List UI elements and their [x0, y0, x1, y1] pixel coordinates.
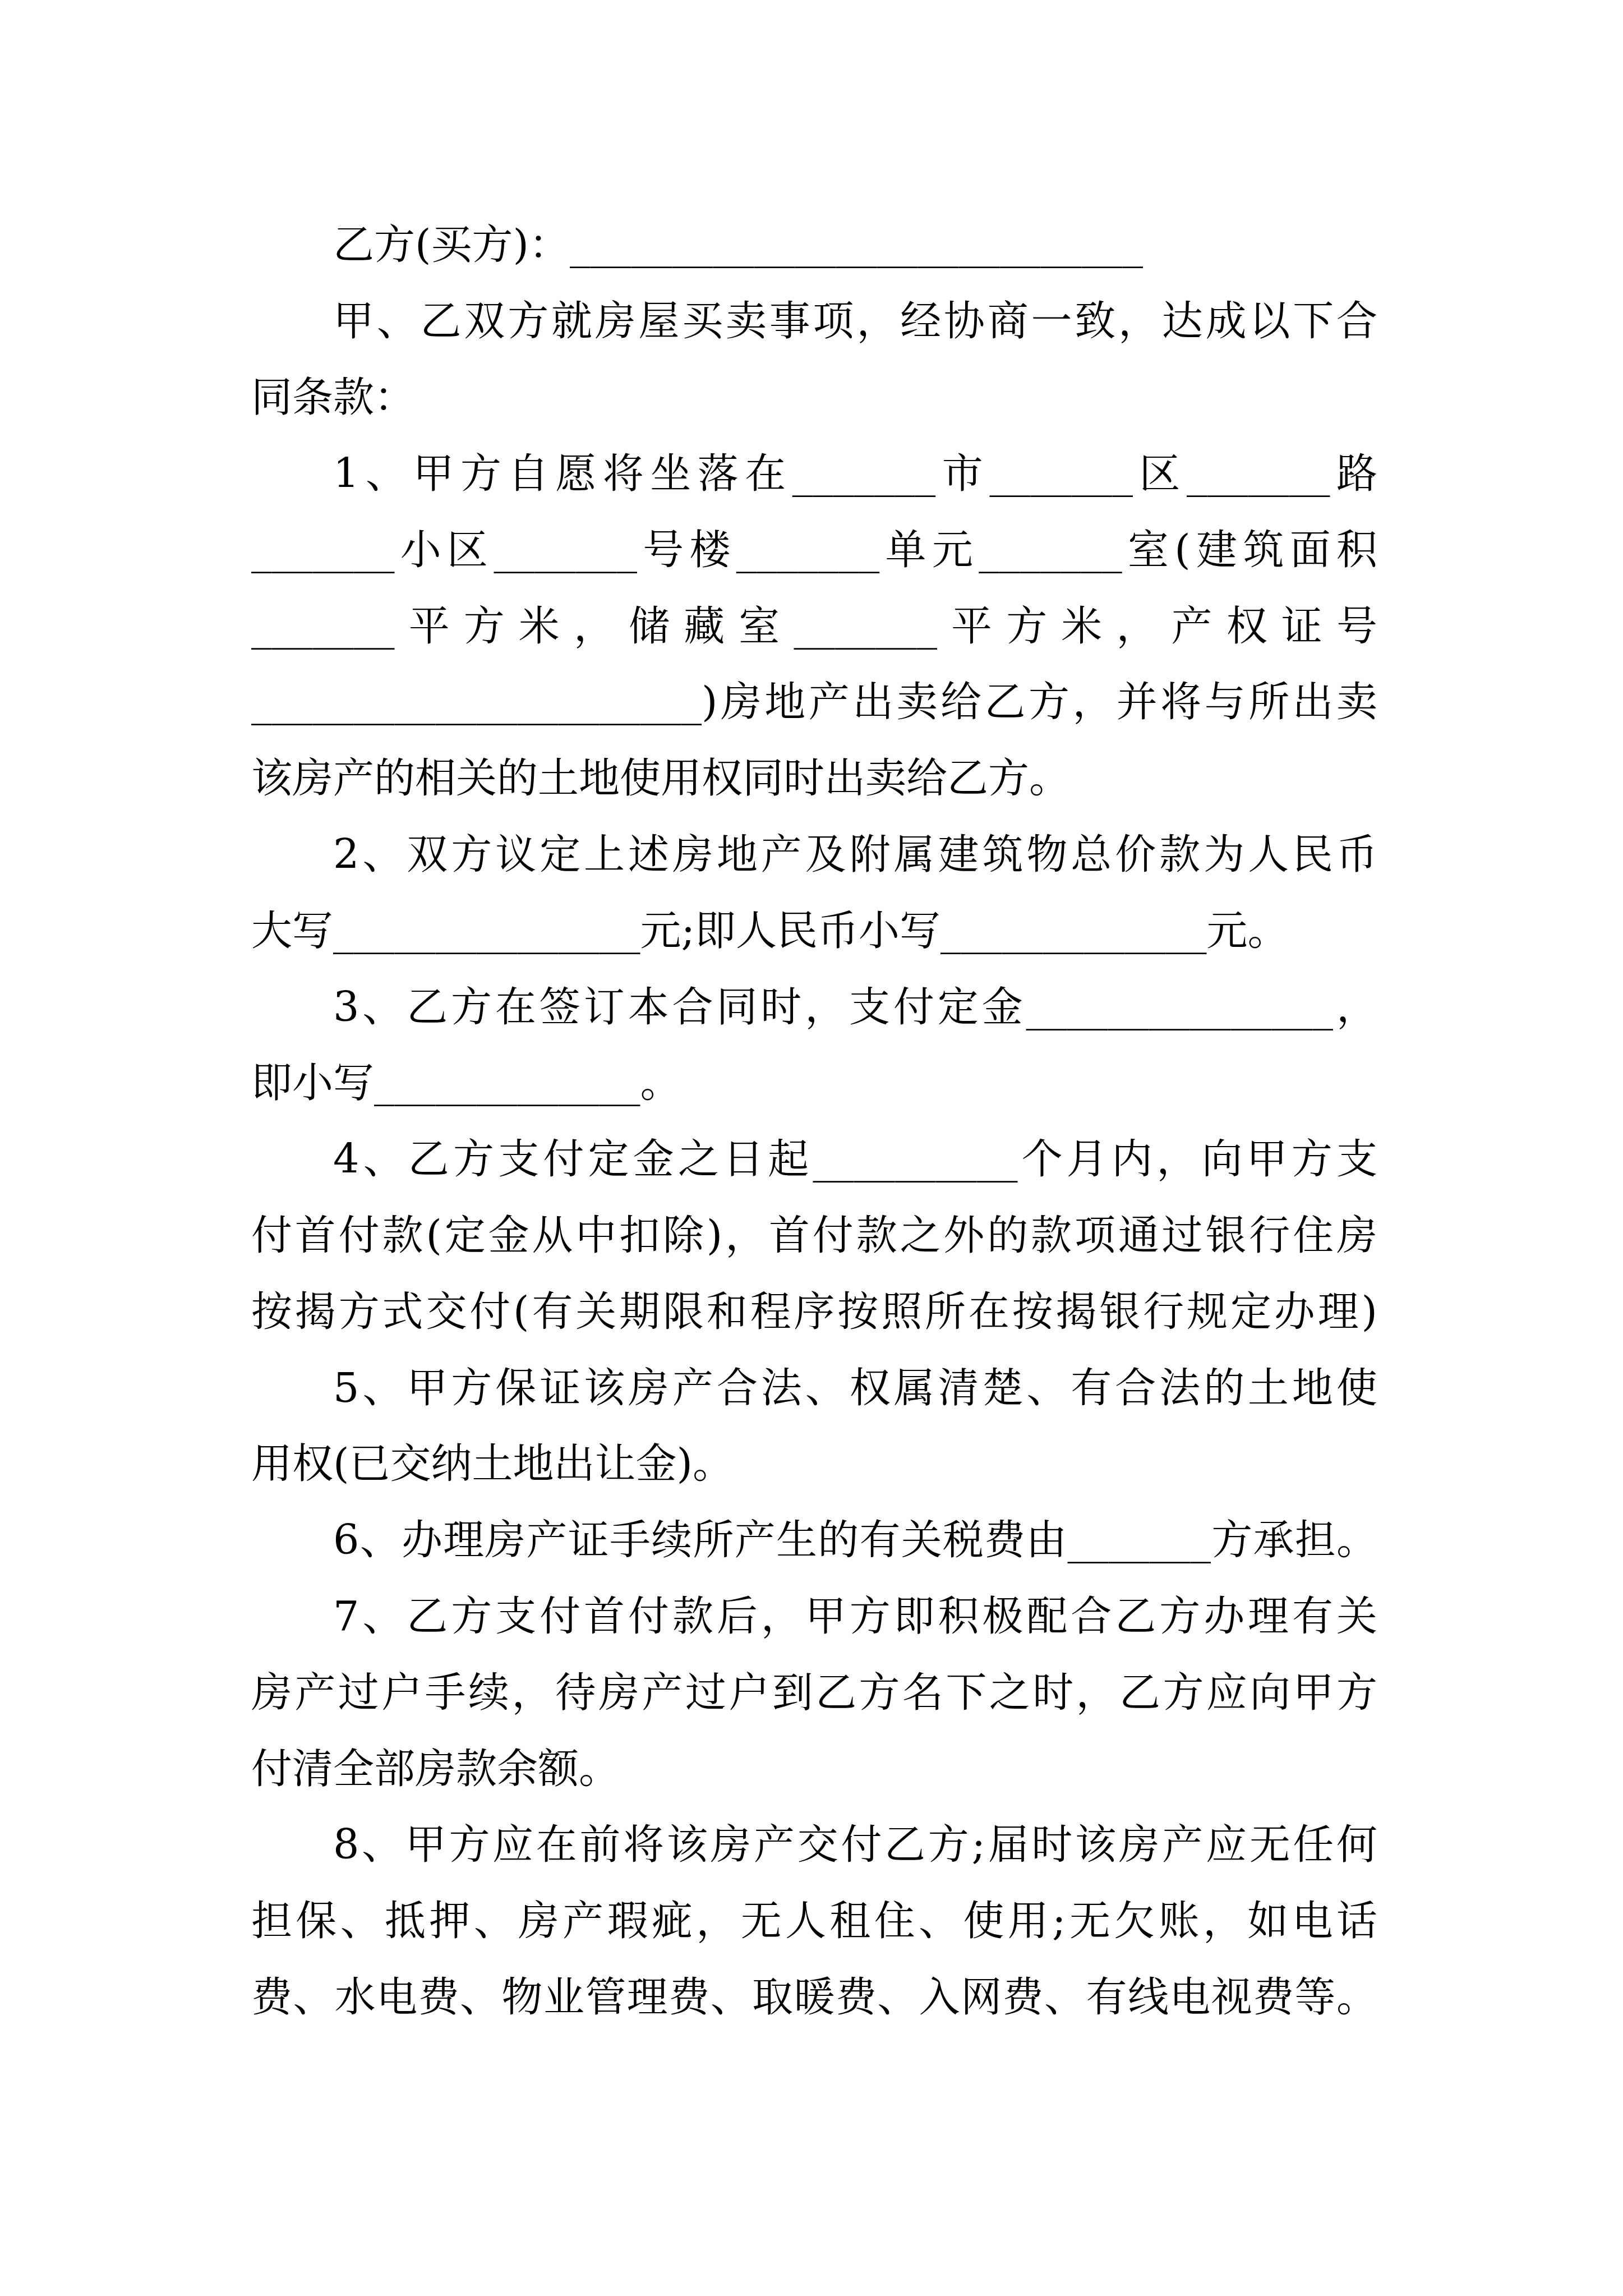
clause-1-line-3: _______平方米，储藏室_______平方米，产权证号 [251, 588, 1377, 665]
clause-1-line-2: _______小区_______号楼_______单元_______室(建筑面积 [251, 512, 1377, 588]
clause-4-line-3: 按揭方式交付(有关期限和程序按照所在按揭银行规定办理) [251, 1274, 1377, 1350]
clause-7-line-1: 7、乙方支付首付款后，甲方即积极配合乙方办理有关 [333, 1579, 1377, 1655]
clause-7-line-3: 付清全部房款余额。 [251, 1731, 1377, 1807]
clause-2-line-1: 2、双方议定上述房地产及附属建筑物总价款为人民币 [333, 817, 1377, 893]
clause-7-line-2: 房产过户手续，待房产过户到乙方名下之时，乙方应向甲方 [251, 1655, 1377, 1731]
clause-1-line-5: 该房产的相关的土地使用权同时出卖给乙方。 [251, 740, 1377, 817]
clause-8-line-2: 担保、抵押、房产瑕疵，无人租住、使用;无欠账，如电话 [251, 1883, 1377, 1959]
clause-2-line-2: 大写_______________元;即人民币小写_____________元。 [251, 893, 1377, 969]
clause-1-line-4: ______________________)房地产出卖给乙方，并将与所出卖 [251, 664, 1377, 740]
clause-4-line-2: 付首付款(定金从中扣除)，首付款之外的款项通过银行住房 [251, 1198, 1377, 1274]
clause-8-line-1: 8、甲方应在前将该房产交付乙方;届时该房产应无任何 [333, 1807, 1377, 1883]
clause-4-line-1: 4、乙方支付定金之日起__________个月内，向甲方支 [333, 1121, 1377, 1198]
clause-8-line-3: 费、水电费、物业管理费、取暖费、入网费、有线电视费等。 [251, 1959, 1377, 2036]
preamble-line-2: 同条款： [251, 360, 1377, 436]
buyer-party-line: 乙方(买方)：____________________________ [333, 207, 1377, 283]
clause-6-line-1: 6、办理房产证手续所产生的有关税费由_______方承担。 [333, 1502, 1377, 1579]
preamble-line-1: 甲、乙双方就房屋买卖事项，经协商一致，达成以下合 [333, 283, 1377, 360]
clause-5-line-2: 用权(已交纳土地出让金)。 [251, 1426, 1377, 1502]
clause-3-line-2: 即小写_____________。 [251, 1045, 1377, 1121]
clause-5-line-1: 5、甲方保证该房产合法、权属清楚、有合法的土地使 [333, 1350, 1377, 1427]
document-page: 乙方(买方)：____________________________ 甲、乙双… [0, 0, 1623, 2296]
clause-1-line-1: 1、甲方自愿将坐落在_______市_______区_______路 [333, 436, 1377, 512]
clause-3-line-1: 3、乙方在签订本合同时，支付定金_______________， [333, 969, 1377, 1046]
